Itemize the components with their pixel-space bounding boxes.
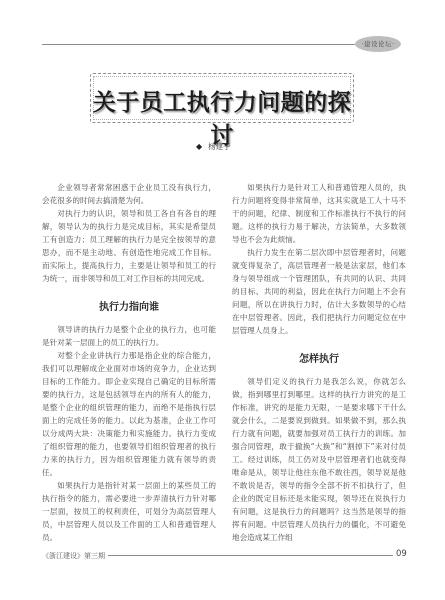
paragraph: 对整个企业讲执行力那是指企业的综合能力，我们可以理解成企业面对市场的竞争力，企业… xyxy=(42,349,216,479)
header-rule xyxy=(42,44,355,45)
section-heading: 执行力指向谁 xyxy=(42,301,216,315)
paragraph: 企业领导者常常困惑于企业员工没有执行力，会花很多的时间去搞清楚为何。 xyxy=(42,181,216,207)
footer-rule xyxy=(108,555,393,556)
section-badge: ·建设论坛· xyxy=(355,36,401,52)
right-column: 如果执行力是针对工人和普通管理人员的，执行力问题将变得非常简单，这其实就是工人十… xyxy=(232,181,406,544)
paragraph: 领导讲的执行力是整个企业的执行力，也可能是针对某一层面上的员工的执行力。 xyxy=(42,323,216,349)
journal-name: 《浙江建设》第三期 xyxy=(42,551,105,561)
paragraph: 执行力发生在第二层次即中层管理者时，问题就变得复杂了，高层管理者一般是法家层，他… xyxy=(232,246,406,337)
page-number: 09 xyxy=(396,549,407,559)
diamond-icon: ◆ xyxy=(196,142,202,151)
paragraph: 对执行力的认识，领导和员工各自有各自的理解，领导认为的执行力是完成目标，其实是希… xyxy=(42,207,216,285)
paragraph: 领导们定义的执行力是我怎么说，你就怎么做，指到哪里打到哪里。这样的执行力讲究的是… xyxy=(232,375,406,544)
title-frame: 关于员工执行力问题的探讨 xyxy=(90,73,354,123)
paragraph: 如果执行力是指针对某一层面上的某些员工的执行指令的能力，需必要进一步弄清执行力针… xyxy=(42,479,216,544)
paragraph: 如果执行力是针对工人和普通管理人员的，执行力问题将变得非常简单，这其实就是工人十… xyxy=(232,181,406,246)
author-name: 杨建子 xyxy=(208,142,231,151)
left-column: 企业领导者常常困惑于企业员工没有执行力，会花很多的时间去搞清楚为何。 对执行力的… xyxy=(42,181,216,544)
section-heading: 怎样执行 xyxy=(232,353,406,367)
author-line: ◆杨建子 xyxy=(196,141,231,152)
